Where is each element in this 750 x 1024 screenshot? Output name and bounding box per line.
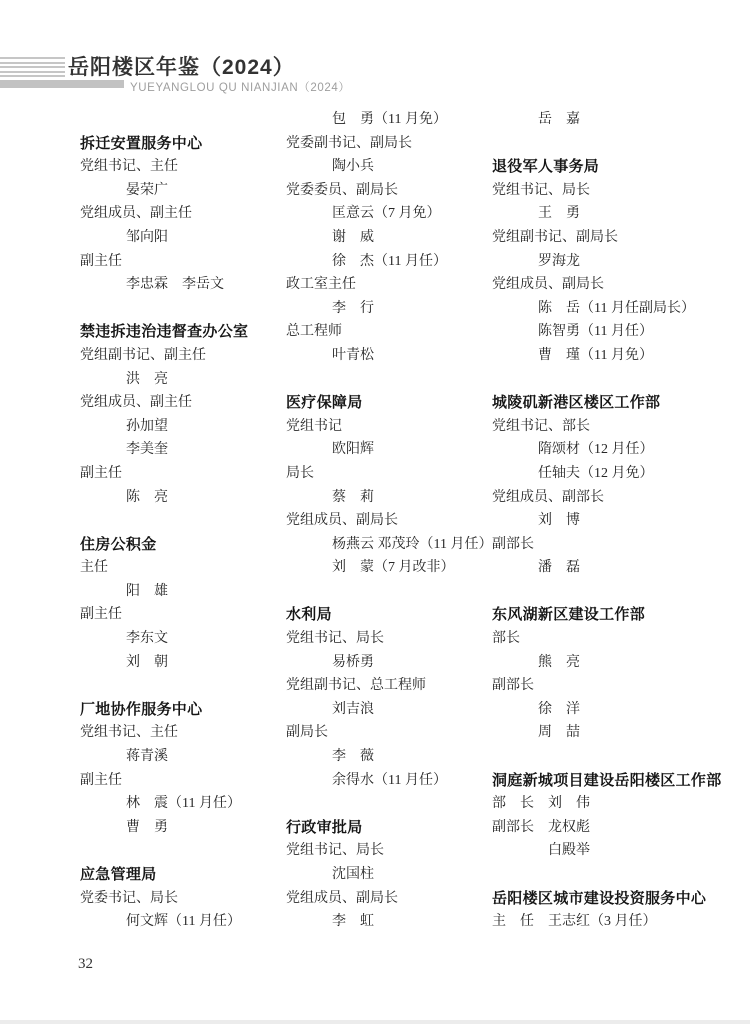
position-title: 政工室主任 — [286, 273, 492, 297]
section-heading: 退役军人事务局 — [492, 155, 742, 179]
person-name: 潘 磊 — [492, 556, 742, 580]
person-name: 刘 蒙（7 月改非） — [286, 556, 492, 580]
section-heading: 应急管理局 — [80, 863, 286, 887]
position-and-name: 副部长 龙权彪 — [492, 816, 742, 840]
position-title: 党组成员、副主任 — [80, 391, 286, 415]
directory-column-middle: 包 勇（11 月免）党委副书记、副局长陶小兵党委委员、副局长匡意云（7 月免）谢… — [286, 108, 492, 934]
person-name: 刘 朝 — [80, 651, 286, 675]
position-title: 党组副书记、副主任 — [80, 344, 286, 368]
blank-line — [492, 368, 742, 392]
section-heading: 厂地协作服务中心 — [80, 698, 286, 722]
position-title: 副部长 — [492, 533, 742, 557]
section-heading: 城陵矶新港区楼区工作部 — [492, 391, 742, 415]
blank-line — [286, 580, 492, 604]
position-title: 总工程师 — [286, 320, 492, 344]
person-name: 岳 嘉 — [492, 108, 742, 132]
person-name: 曹 瑾（11 月免） — [492, 344, 742, 368]
person-name: 曹 勇 — [80, 816, 286, 840]
stripe-decoration — [0, 62, 65, 64]
page-number: 32 — [78, 956, 93, 973]
position-title: 副主任 — [80, 462, 286, 486]
stripe-decoration — [0, 75, 65, 77]
person-name: 何文辉（11 月任） — [80, 910, 286, 934]
person-name: 隋颂材（12 月任） — [492, 438, 742, 462]
person-name: 陶小兵 — [286, 155, 492, 179]
section-heading: 东风湖新区建设工作部 — [492, 603, 742, 627]
position-title: 党组书记、局长 — [492, 179, 742, 203]
person-name: 杨燕云 邓茂玲（11 月任） — [286, 533, 492, 557]
person-name: 任轴夫（12 月免） — [492, 462, 742, 486]
section-heading: 岳阳楼区城市建设投资服务中心 — [492, 887, 742, 911]
position-title: 党组副书记、总工程师 — [286, 674, 492, 698]
stripe-decoration — [0, 71, 65, 73]
person-name: 蒋青溪 — [80, 745, 286, 769]
position-title: 党组书记、局长 — [286, 627, 492, 651]
position-title: 党委委员、副局长 — [286, 179, 492, 203]
header-stripes-decoration — [0, 57, 65, 77]
person-name: 刘吉浪 — [286, 698, 492, 722]
position-and-name: 部 长 刘 伟 — [492, 792, 742, 816]
section-heading: 洞庭新城项目建设岳阳楼区工作部 — [492, 769, 742, 793]
person-name: 阳 雄 — [80, 580, 286, 604]
blank-line — [286, 368, 492, 392]
position-title: 副主任 — [80, 769, 286, 793]
stripe-decoration — [0, 57, 65, 59]
person-name: 叶青松 — [286, 344, 492, 368]
blank-line — [80, 108, 286, 132]
person-name: 王 勇 — [492, 202, 742, 226]
position-title: 党委书记、局长 — [80, 887, 286, 911]
header-bar-decoration — [0, 80, 124, 88]
position-title: 党组书记、局长 — [286, 839, 492, 863]
person-name: 李美奎 — [80, 438, 286, 462]
position-title: 党委副书记、副局长 — [286, 132, 492, 156]
person-name: 陈 岳（11 月任副局长） — [492, 297, 742, 321]
position-title: 党组成员、副主任 — [80, 202, 286, 226]
page-bottom-edge — [0, 1020, 750, 1024]
directory-column-right: 岳 嘉退役军人事务局党组书记、局长王 勇党组副书记、副局长罗海龙党组成员、副局长… — [492, 108, 742, 934]
position-title: 党组成员、副部长 — [492, 486, 742, 510]
person-name: 晏荣广 — [80, 179, 286, 203]
blank-line — [286, 792, 492, 816]
person-name: 刘 博 — [492, 509, 742, 533]
person-name: 谢 威 — [286, 226, 492, 250]
person-name: 陈智勇（11 月任） — [492, 320, 742, 344]
yearbook-page: 岳阳楼区年鉴（2024） YUEYANGLOU QU NIANJIAN（2024… — [0, 0, 750, 1024]
section-heading: 水利局 — [286, 603, 492, 627]
blank-line — [492, 132, 742, 156]
person-name: 余得水（11 月任） — [286, 769, 492, 793]
page-title: 岳阳楼区年鉴（2024） — [68, 51, 295, 81]
person-name: 徐 杰（11 月任） — [286, 250, 492, 274]
person-name: 沈国柱 — [286, 863, 492, 887]
position-title: 副主任 — [80, 603, 286, 627]
position-title: 党组成员、副局长 — [492, 273, 742, 297]
position-title: 副局长 — [286, 721, 492, 745]
section-heading: 拆迁安置服务中心 — [80, 132, 286, 156]
person-name: 洪 亮 — [80, 368, 286, 392]
section-heading: 住房公积金 — [80, 533, 286, 557]
position-title: 部长 — [492, 627, 742, 651]
person-name: 欧阳辉 — [286, 438, 492, 462]
position-and-name: 主 任 王志红（3 月任） — [492, 910, 742, 934]
position-title: 主任 — [80, 556, 286, 580]
position-title: 党组书记、主任 — [80, 155, 286, 179]
person-name: 白殿举 — [492, 839, 742, 863]
section-heading: 行政审批局 — [286, 816, 492, 840]
position-title: 党组书记、部长 — [492, 415, 742, 439]
page-subtitle: YUEYANGLOU QU NIANJIAN（2024） — [130, 79, 350, 95]
person-name: 孙加望 — [80, 415, 286, 439]
person-name: 易桥勇 — [286, 651, 492, 675]
stripe-decoration — [0, 66, 65, 68]
blank-line — [80, 674, 286, 698]
position-title: 党组副书记、副局长 — [492, 226, 742, 250]
person-name: 蔡 莉 — [286, 486, 492, 510]
section-heading: 禁违拆违治违督查办公室 — [80, 320, 286, 344]
person-name: 陈 亮 — [80, 486, 286, 510]
position-title: 副部长 — [492, 674, 742, 698]
person-name: 徐 洋 — [492, 698, 742, 722]
person-name: 罗海龙 — [492, 250, 742, 274]
person-name: 熊 亮 — [492, 651, 742, 675]
person-name: 包 勇（11 月免） — [286, 108, 492, 132]
blank-line — [80, 839, 286, 863]
position-title: 局长 — [286, 462, 492, 486]
person-name: 邹向阳 — [80, 226, 286, 250]
person-name: 李 虹 — [286, 910, 492, 934]
person-name: 李忠霖 李岳文 — [80, 273, 286, 297]
blank-line — [492, 745, 742, 769]
position-title: 党组书记、主任 — [80, 721, 286, 745]
blank-line — [80, 297, 286, 321]
section-heading: 医疗保障局 — [286, 391, 492, 415]
position-title: 党组成员、副局长 — [286, 509, 492, 533]
person-name: 周 喆 — [492, 721, 742, 745]
blank-line — [492, 580, 742, 604]
position-title: 党组成员、副局长 — [286, 887, 492, 911]
directory-column-left: 拆迁安置服务中心党组书记、主任晏荣广党组成员、副主任邹向阳副主任李忠霖 李岳文禁… — [80, 108, 286, 934]
blank-line — [80, 509, 286, 533]
blank-line — [492, 863, 742, 887]
position-title: 副主任 — [80, 250, 286, 274]
person-name: 李东文 — [80, 627, 286, 651]
position-title: 党组书记 — [286, 415, 492, 439]
person-name: 匡意云（7 月免） — [286, 202, 492, 226]
person-name: 李 薇 — [286, 745, 492, 769]
person-name: 李 行 — [286, 297, 492, 321]
person-name: 林 震（11 月任） — [80, 792, 286, 816]
